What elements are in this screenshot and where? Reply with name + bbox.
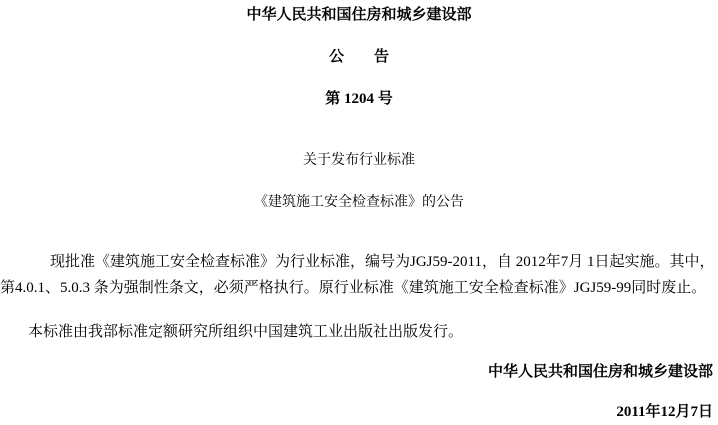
subject-line-1: 关于发布行业标准 <box>0 151 718 171</box>
signature-date: 2011年12月7日 <box>0 402 718 422</box>
subject-line-2: 《建筑施工安全检查标准》的公告 <box>0 193 718 213</box>
ministry-header-title: 中华人民共和国住房和城乡建设部 <box>0 5 718 25</box>
body-paragraph-1: 现批准《建筑施工安全检查标准》为行业标准，编号为JGJ59-2011，自 201… <box>0 249 718 301</box>
signature-issuer: 中华人民共和国住房和城乡建设部 <box>0 362 718 382</box>
body-paragraph-2: 本标准由我部标准定额研究所组织中国建筑工业出版社出版发行。 <box>0 319 718 345</box>
announcement-number: 第 1204 号 <box>0 89 718 109</box>
announcement-type-label: 公 告 <box>0 47 718 67</box>
